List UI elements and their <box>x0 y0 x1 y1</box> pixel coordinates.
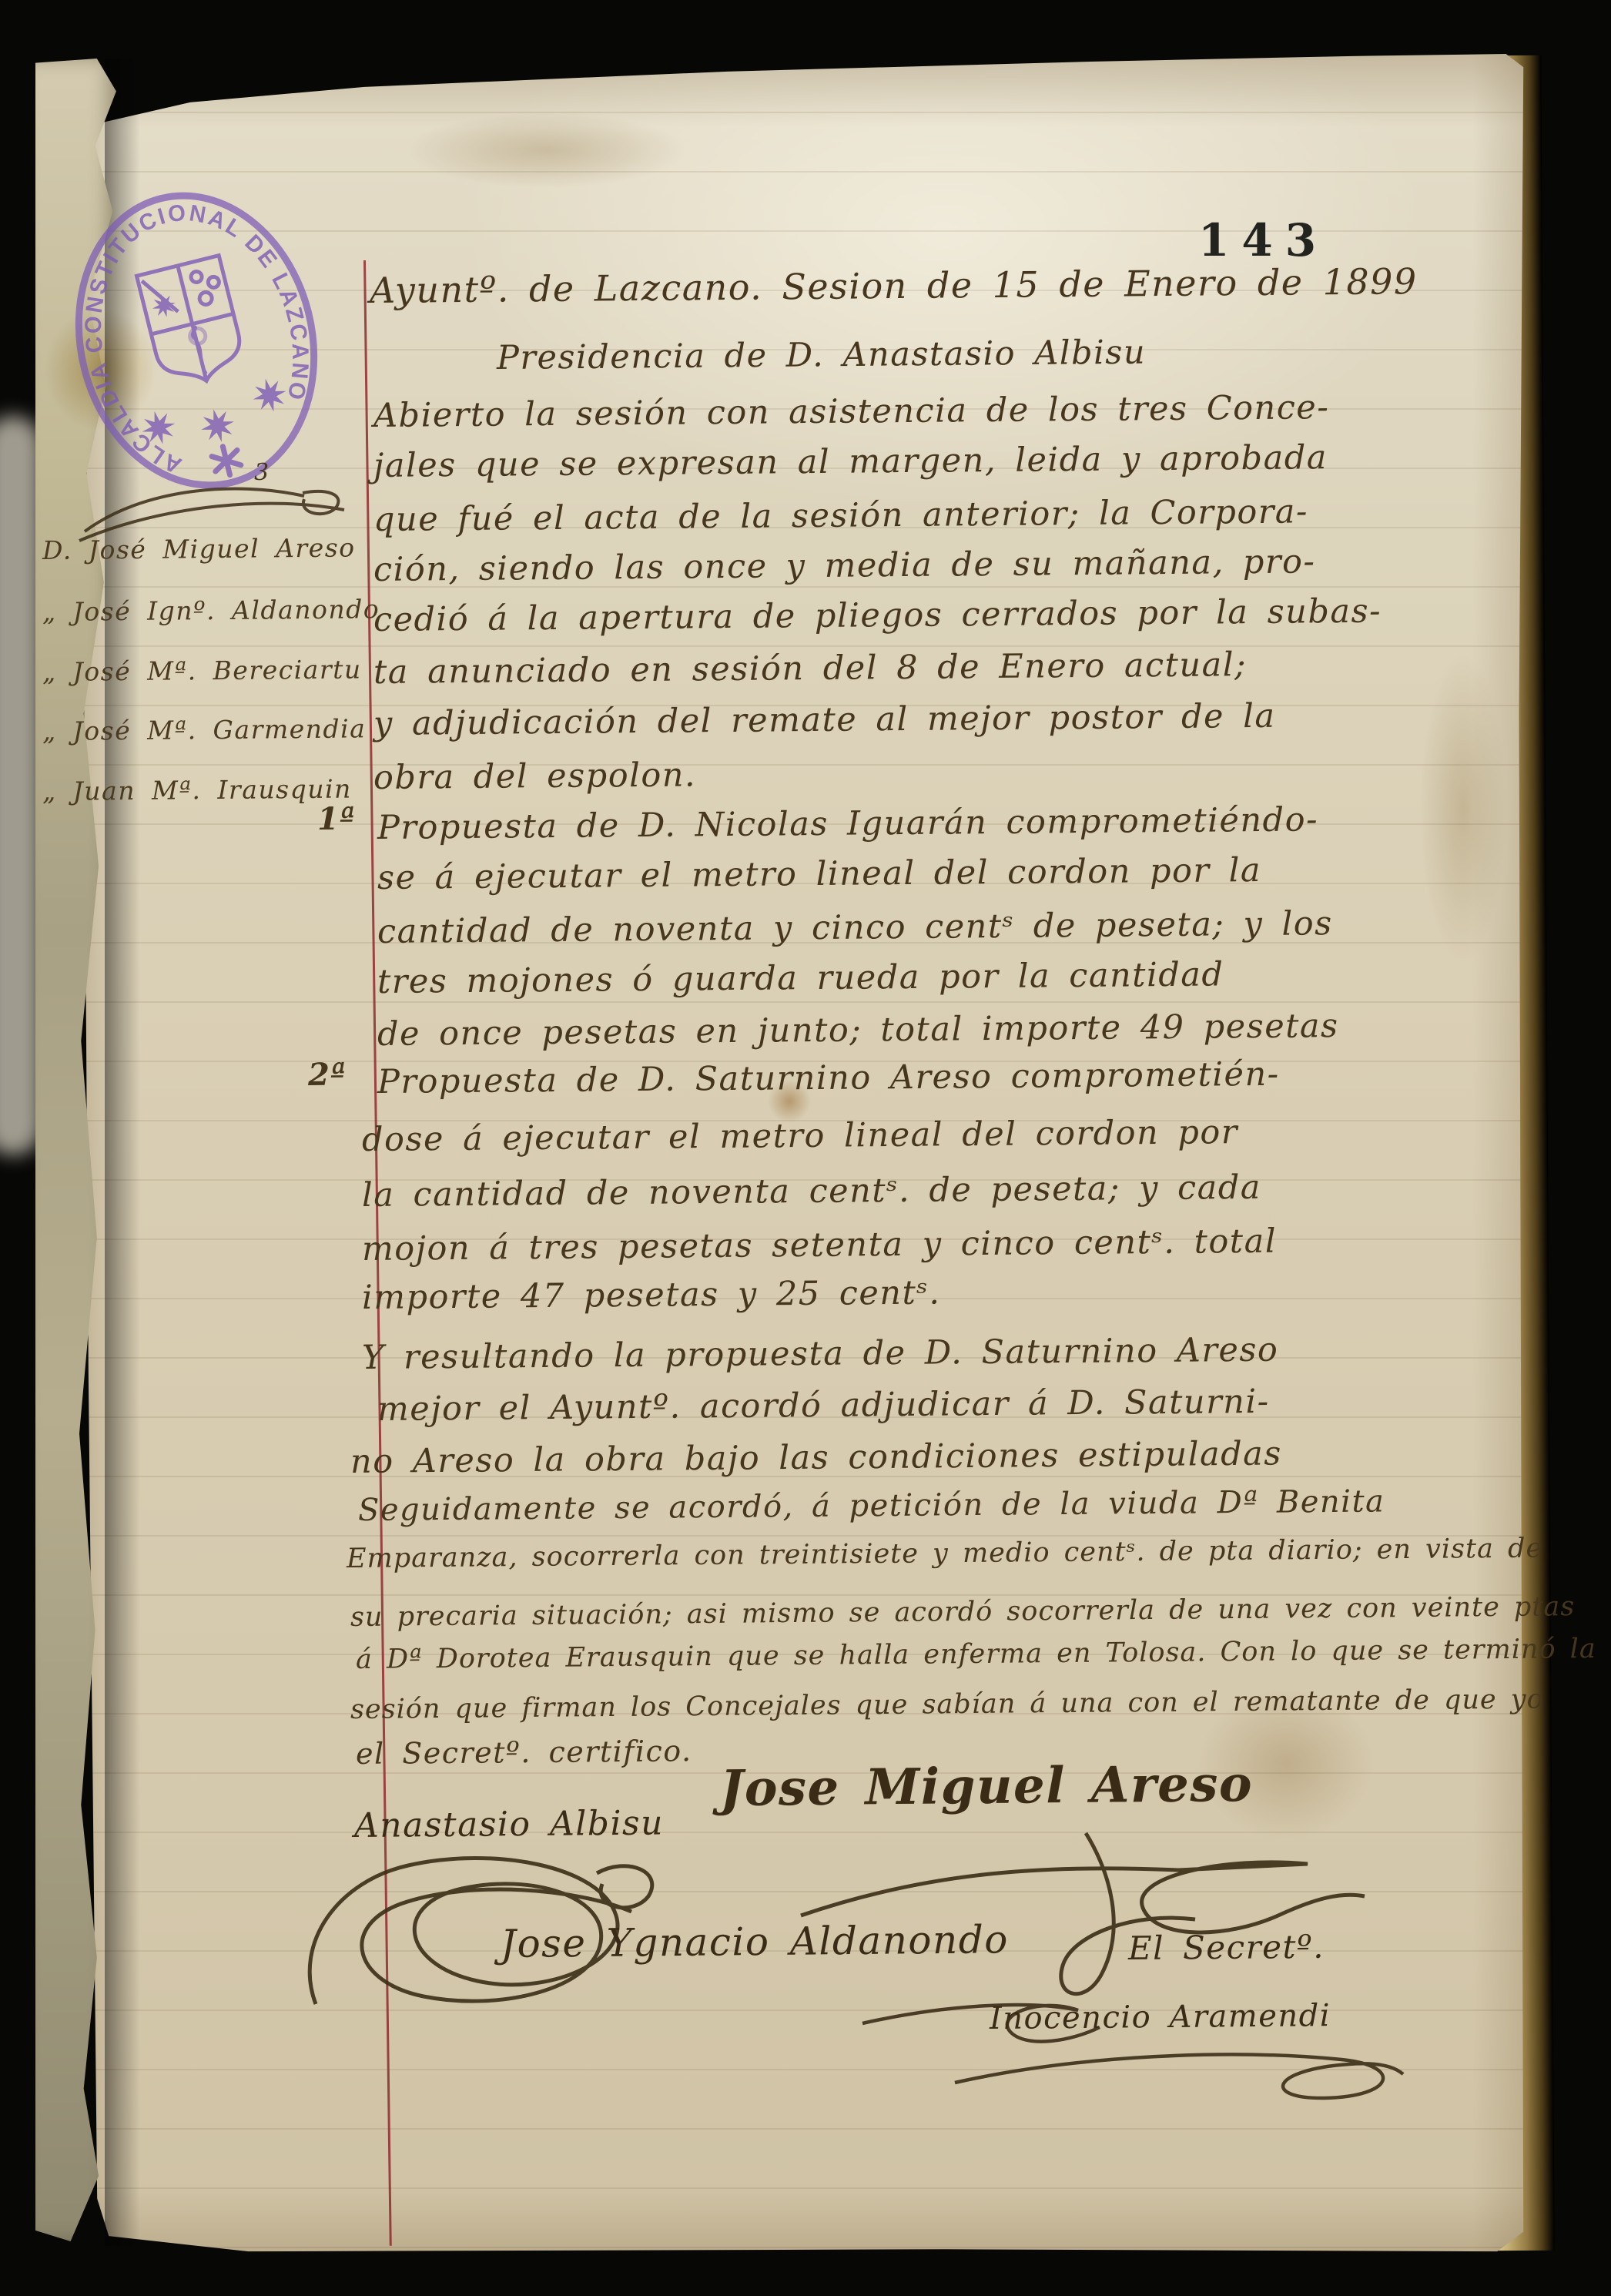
body-line: cantidad de noventa y cinco centˢ de pes… <box>377 904 1333 951</box>
margin-attendee: „ Juan Mª. Irausquin <box>42 773 352 806</box>
margin-attendee: D. José Miguel Areso <box>42 532 356 565</box>
body-line: mojon á tres pesetas setenta y cinco cen… <box>362 1222 1277 1269</box>
body-line: Propuesta de D. Saturnino Areso comprome… <box>377 1055 1280 1101</box>
page-number: 143 <box>1198 214 1328 266</box>
body-line: tres mojones ó guarda rueda por la canti… <box>377 955 1224 1001</box>
albisu-rubric-loop <box>597 1866 652 1908</box>
body-line: sesión que firman los Concejales que sab… <box>350 1684 1544 1725</box>
areso-rubric-descender <box>1061 1833 1195 1994</box>
signature-aldanondo: Jose Ygnacio Aldanondo <box>501 1917 1009 1966</box>
page-content: 143 ALCALDIA CONSTITUCIONAL DE LAZCANO <box>0 0 1611 2296</box>
session-title: Ayuntº. de Lazcano. Sesion de 15 de Ener… <box>370 260 1418 311</box>
body-line: de once pesetas en junto; total importe … <box>377 1007 1339 1054</box>
body-line: que fué el acta de la sesión anterior; l… <box>373 492 1308 539</box>
item-marker: 1ª <box>317 801 357 837</box>
stamp-shield <box>136 256 247 391</box>
body-line: mejor el Ayuntº. acordó adjudicar á D. S… <box>377 1383 1270 1429</box>
body-line: Propuesta de D. Nicolas Iguarán comprome… <box>377 800 1318 847</box>
body-line: jales que se expresan al margen, leida y… <box>373 438 1328 485</box>
margin-note-numeral: 3 <box>254 459 270 486</box>
body-line: cedió á la apertura de pliegos cerrados … <box>373 592 1382 639</box>
secretary-label: El Secretº. <box>1128 1928 1325 1967</box>
body-line: Seguidamente se acordó, á petición de la… <box>358 1483 1385 1528</box>
stamp-bottom-asterisk <box>210 444 243 478</box>
margin-attendee: „ José Mª. Garmendia <box>42 713 367 746</box>
municipal-stamp: ALCALDIA CONSTITUCIONAL DE LAZCANO <box>65 163 327 518</box>
stamp-stars <box>137 374 294 460</box>
body-line: Abierto la sesión con asistencia de los … <box>373 388 1330 435</box>
signature-aramendi: Inocencio Aramendi <box>990 1998 1331 2036</box>
aramendi-flourish <box>955 2055 1403 2099</box>
stamp-arc-text: ALCALDIA CONSTITUCIONAL DE LAZCANO <box>65 176 327 493</box>
margin-attendee: „ José Ignº. Aldanondo <box>42 594 380 627</box>
body-line: su precaria situación; asi mismo se acor… <box>350 1591 1576 1633</box>
body-line: se á ejecutar el metro lineal del cordon… <box>377 851 1261 897</box>
body-line: Emparanza, socorrerla con treintisiete y… <box>347 1533 1543 1574</box>
body-line: el Secretº. certifico. <box>356 1734 692 1771</box>
item-marker: 2ª <box>308 1057 347 1093</box>
body-line: importe 47 pesetas y 25 centˢ. <box>362 1273 941 1317</box>
signature-areso: Jose Miguel Areso <box>720 1755 1254 1818</box>
margin-attendee: „ José Mª. Bereciartu <box>42 654 362 687</box>
body-line: y adjudicación del remate al mejor posto… <box>373 697 1276 743</box>
body-line: no Areso la obra bajo las condiciones es… <box>350 1434 1282 1481</box>
photographed-book-background: 143 ALCALDIA CONSTITUCIONAL DE LAZCANO <box>0 0 1611 2296</box>
body-line: dose á ejecutar el metro lineal del cord… <box>362 1113 1238 1159</box>
body-line: ción, siendo las once y media de su maña… <box>373 542 1316 589</box>
body-line: á Dª Dorotea Erausquin que se halla enfe… <box>356 1634 1596 1675</box>
body-line: la cantidad de noventa centˢ. de peseta;… <box>362 1168 1261 1215</box>
body-line: Y resultando la propuesta de D. Saturnin… <box>362 1331 1279 1377</box>
body-line: ta anunciado en sesión del 8 de Enero ac… <box>373 645 1247 692</box>
signature-albisu: Anastasio Albisu <box>354 1803 664 1845</box>
presidency-line: Presidencia de D. Anastasio Albisu <box>497 334 1146 377</box>
body-line: obra del espolon. <box>373 756 697 797</box>
